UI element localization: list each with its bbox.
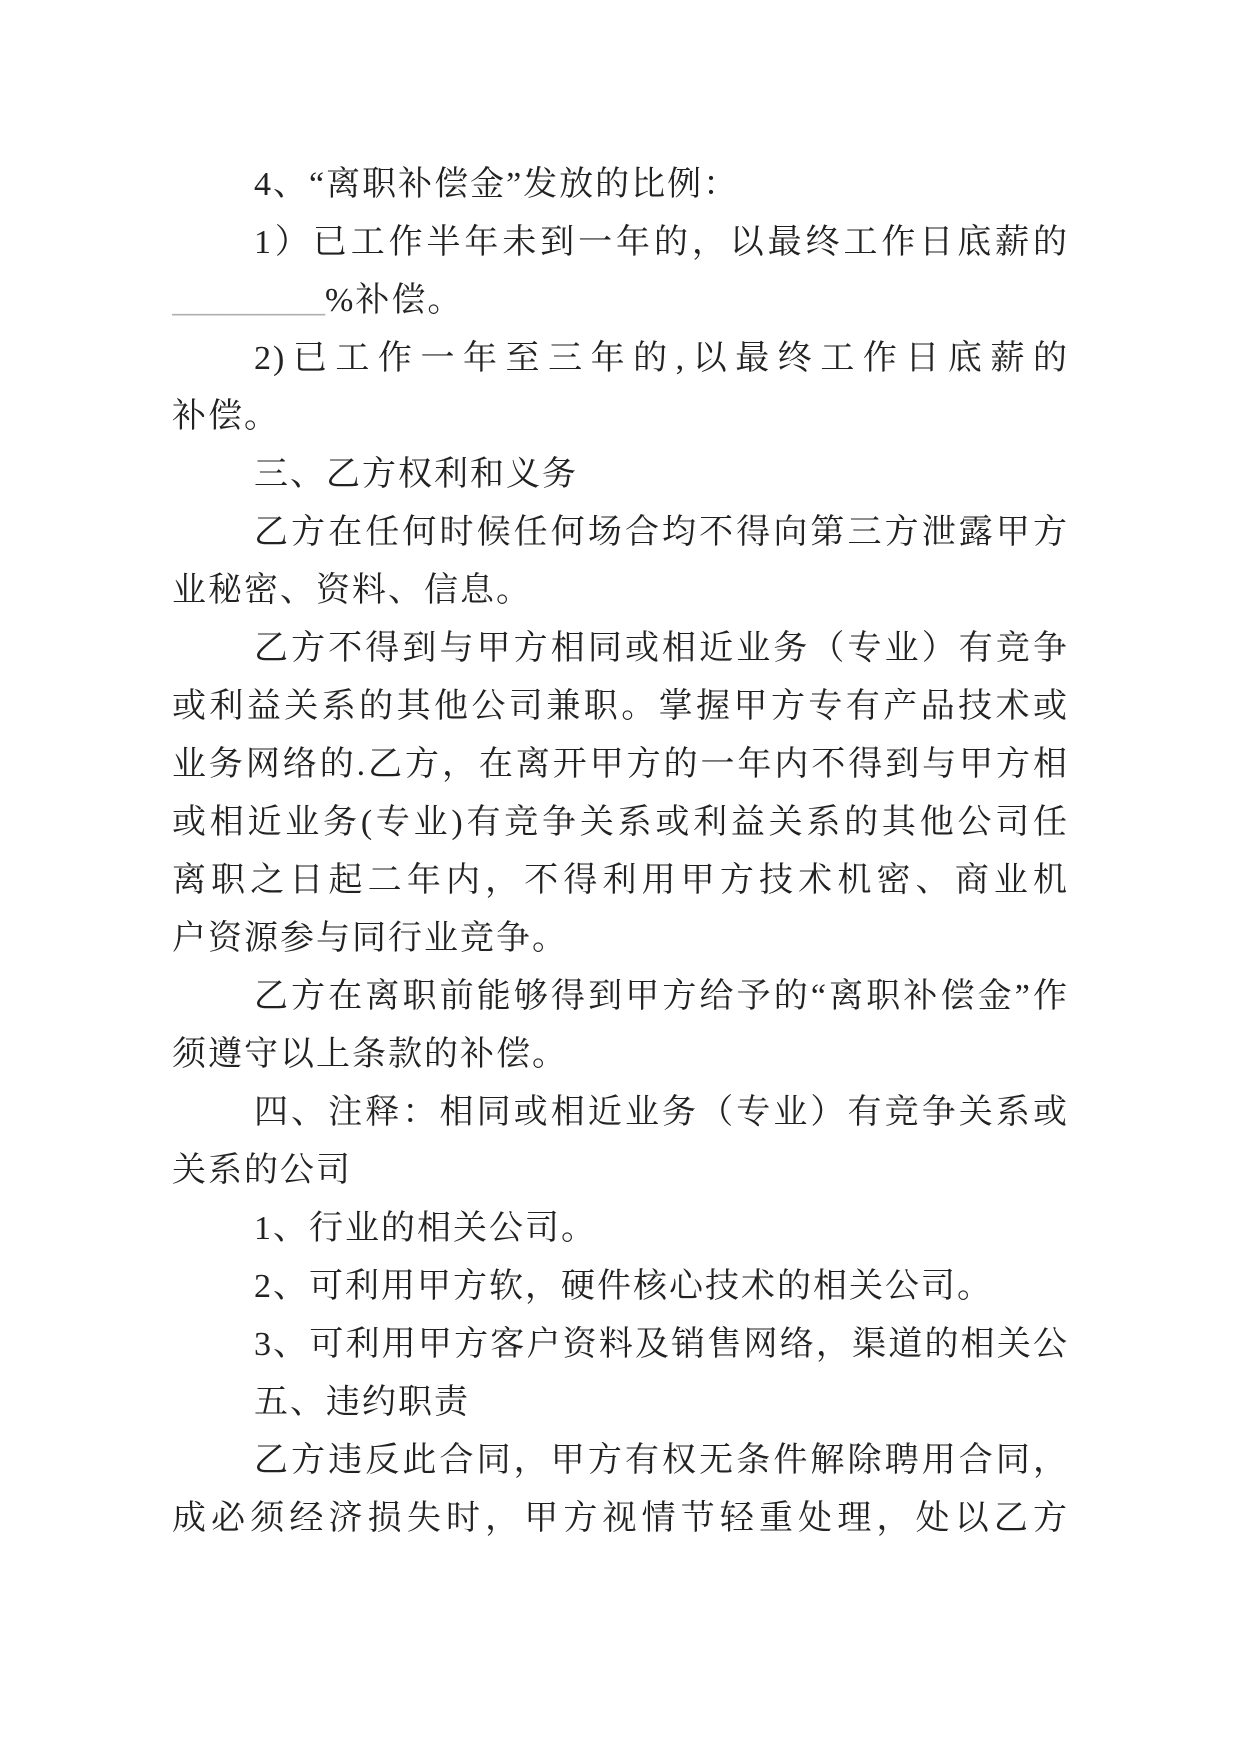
text-line: 4、“离职补偿金”发放的比例： (172, 156, 1069, 214)
text-line: 乙方在任何时候任何场合均不得向第三方泄露甲方商 (172, 504, 1069, 562)
text-line: 1、行业的相关公司。 (172, 1200, 1069, 1258)
text-segment: 乙方违反此合同，甲方有权无条件解除聘用合同，当造 (254, 1442, 1069, 1490)
text-segment: %补偿。 (325, 282, 463, 319)
text-segment: 2)已工作一年至三年的,以最终工作日底薪的 (254, 340, 1069, 377)
text-segment: 乙方不得到与甲方相同或相近业务（专业）有竞争关系 (254, 630, 1069, 678)
text-line: 或利益关系的其他公司兼职。掌握甲方专有产品技术或销售 (172, 678, 1069, 736)
text-segment: 乙方在任何时候任何场合均不得向第三方泄露甲方商 (254, 514, 1069, 562)
text-segment: 补偿。 (172, 398, 280, 435)
text-line: 成必须经济损失时，甲方视情节轻重处理，处以乙方 (172, 1490, 1069, 1548)
text-segment: 3、可利用甲方客户资料及销售网络，渠道的相关公司； (254, 1326, 1069, 1374)
text-segment: 三、乙方权利和义务 (254, 456, 578, 493)
text-lines: 4、“离职补偿金”发放的比例：1）已工作半年未到一年的，以最终工作日底薪的___… (172, 156, 1069, 1548)
text-line: 乙方违反此合同，甲方有权无条件解除聘用合同，当造 (172, 1432, 1069, 1490)
text-line: 户资源参与同行业竞争。 (172, 910, 1069, 968)
text-line: 五、违约职责 (172, 1374, 1069, 1432)
text-line: 四、注释：相同或相近业务（专业）有竞争关系或利益 (172, 1084, 1069, 1142)
text-line: _________%补偿。 (172, 272, 1069, 330)
text-line: 1）已工作半年未到一年的，以最终工作日底薪的 (172, 214, 1069, 272)
text-segment: 须遵守以上条款的补偿。 (172, 1036, 568, 1073)
text-line: 2、可利用甲方软，硬件核心技术的相关公司。 (172, 1258, 1069, 1316)
text-segment: 关系的公司 (172, 1152, 352, 1189)
text-line: 乙方不得到与甲方相同或相近业务（专业）有竞争关系 (172, 620, 1069, 678)
text-line: 业务网络的.乙方，在离开甲方的一年内不得到与甲方相同 (172, 736, 1069, 794)
text-segment: 乙方在离职前能够得到甲方给予的“离职补偿金”作为 (254, 978, 1069, 1026)
text-line: 2)已工作一年至三年的,以最终工作日底薪的_________% (172, 330, 1069, 388)
text-line: 乙方在离职前能够得到甲方给予的“离职补偿金”作为 (172, 968, 1069, 1026)
text-line: 关系的公司 (172, 1142, 1069, 1200)
text-segment: 业务网络的.乙方，在离开甲方的一年内不得到与甲方相同 (172, 746, 1069, 794)
text-segment: 1）已工作半年未到一年的，以最终工作日底薪的 (254, 224, 1069, 261)
contract-document-page: 4、“离职补偿金”发放的比例：1）已工作半年未到一年的，以最终工作日底薪的___… (0, 0, 1241, 1754)
text-segment: 四、注释：相同或相近业务（专业）有竞争关系或利益 (254, 1094, 1069, 1142)
text-line: 或相近业务(专业)有竞争关系或利益关系的其他公司任职。 (172, 794, 1069, 852)
text-segment: 离职之日起二年内，不得利用甲方技术机密、商业机密、客 (172, 862, 1069, 910)
text-segment: 4、“离职补偿金”发放的比例： (254, 166, 739, 203)
text-segment: 成必须经济损失时，甲方视情节轻重处理，处以乙方 (172, 1500, 1069, 1537)
text-segment: 五、违约职责 (254, 1384, 470, 1421)
text-line: 离职之日起二年内，不得利用甲方技术机密、商业机密、客 (172, 852, 1069, 910)
text-line: 业秘密、资料、信息。 (172, 562, 1069, 620)
text-line: 须遵守以上条款的补偿。 (172, 1026, 1069, 1084)
text-line: 3、可利用甲方客户资料及销售网络，渠道的相关公司； (172, 1316, 1069, 1374)
blank-field: _________ (172, 282, 325, 319)
text-line: 三、乙方权利和义务 (172, 446, 1069, 504)
text-segment: 1、行业的相关公司。 (254, 1210, 597, 1247)
text-line: 补偿。 (172, 388, 1069, 446)
text-segment: 业秘密、资料、信息。 (172, 572, 532, 609)
text-segment: 或相近业务(专业)有竞争关系或利益关系的其他公司任职。 (172, 804, 1069, 852)
text-segment: 或利益关系的其他公司兼职。掌握甲方专有产品技术或销售 (172, 688, 1069, 736)
text-segment: 2、可利用甲方软，硬件核心技术的相关公司。 (254, 1268, 993, 1305)
text-segment: 户资源参与同行业竞争。 (172, 920, 568, 957)
